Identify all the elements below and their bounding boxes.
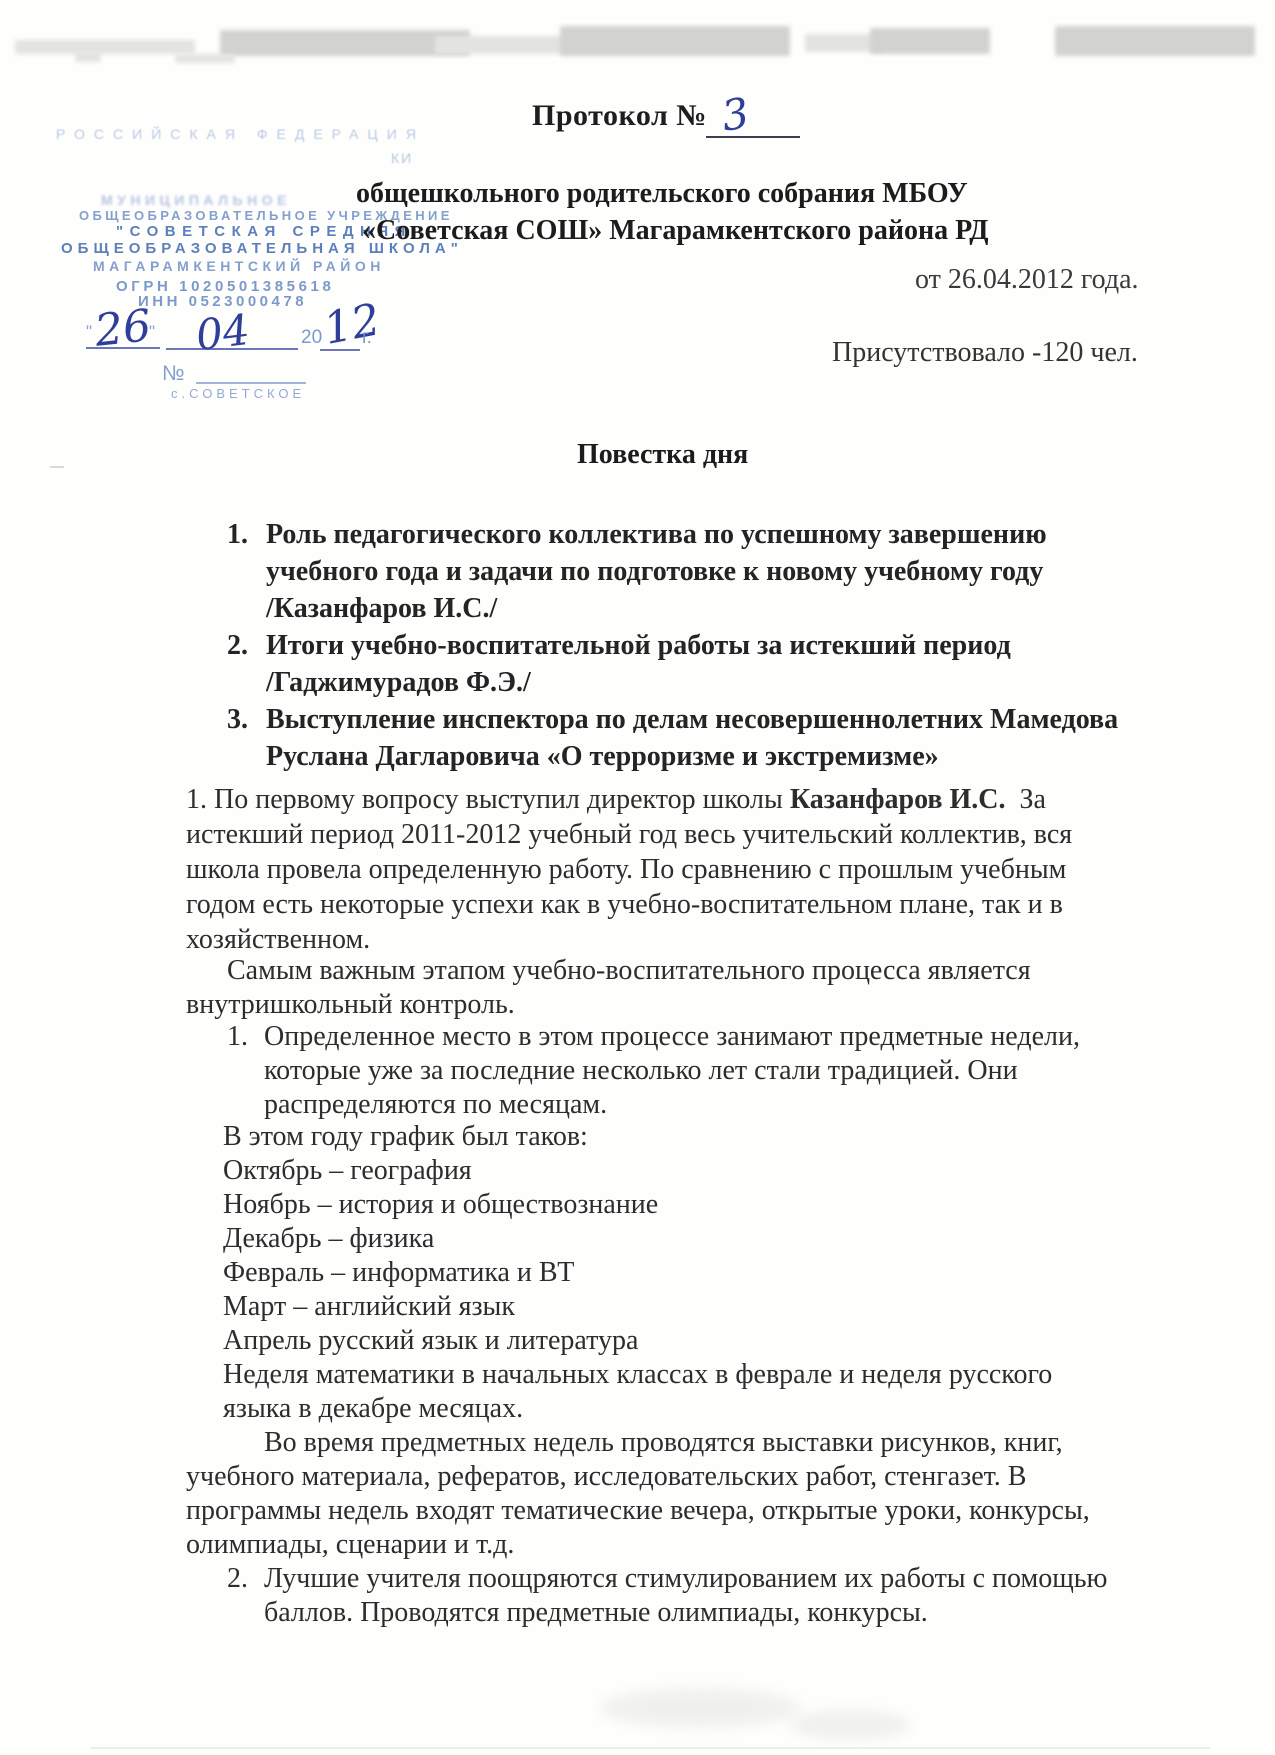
speaker-name-bold: Казанфаров И.С. — [790, 784, 1006, 815]
scan-artifact-dash — [50, 466, 64, 468]
stamp-fragment-line: КИ — [391, 150, 413, 166]
handwritten-protocol-number: 3 — [718, 88, 752, 141]
date-underline-month — [166, 348, 298, 350]
body-paragraph-2: Самым важным этапом учебно-воспитательно… — [186, 954, 1136, 1022]
scan-artifact-smudge — [790, 1710, 910, 1740]
stamp-number-label: № — [162, 362, 185, 386]
agenda-item-number: 1. — [227, 516, 248, 553]
document-subtitle-line1: общешкольного родительского собрания МБО… — [356, 178, 968, 210]
stamp-municipal-line: МУНИЦИПАЛЬНОЕ — [101, 192, 291, 208]
date-underline-day — [86, 347, 160, 349]
protocol-number-underline — [706, 136, 800, 138]
scanned-protocol-page: Протокол № 3 РОССИЙСКАЯ ФЕДЕРАЦИЯ КИ МУН… — [0, 0, 1275, 1755]
subject-weeks-schedule: В этом году график был таков: Октябрь – … — [223, 1120, 1143, 1426]
body-paragraph-3: Во время предметных недель проводятся вы… — [186, 1426, 1136, 1562]
document-subtitle-line2: «Советская СОШ» Магарамкентского района … — [362, 215, 989, 247]
list-item-text: Определенное место в этом процессе заним… — [264, 1020, 1137, 1122]
schedule-intro: В этом году график был таков: — [223, 1120, 1143, 1154]
list-item-number: 2. — [227, 1562, 248, 1596]
body-list-item-2: 2. Лучшие учителя поощряются стимулирова… — [227, 1562, 1137, 1630]
stamp-year-printed: 20 — [301, 327, 322, 349]
agenda-item-text: Роль педагогического коллектива по успеш… — [266, 516, 1127, 627]
protocol-title: Протокол № — [532, 99, 707, 133]
stamp-district-line: МАГАРАМКЕНТСКИЙ РАЙОН — [93, 258, 385, 274]
stamp-settlement-line: с.СОВЕТСКОЕ — [171, 386, 305, 401]
agenda-item-text: Итоги учебно-воспитательной работы за ис… — [266, 627, 1127, 701]
scan-artifact-blob — [560, 26, 790, 56]
agenda-item-text: Выступление инспектора по делам несоверш… — [266, 701, 1127, 775]
agenda-heading: Повестка дня — [577, 439, 748, 471]
agenda-item-number: 2. — [227, 627, 248, 664]
list-item-text: Лучшие учителя поощряются стимулирование… — [264, 1562, 1137, 1630]
body-list-item-1: 1. Определенное место в этом процессе за… — [227, 1020, 1137, 1122]
scan-artifact-mark — [75, 52, 101, 62]
stamp-year-suffix: г. — [362, 327, 372, 349]
schedule-lines: Октябрь – география Ноябрь – история и о… — [223, 1154, 1143, 1426]
agenda-item-3: 3. Выступление инспектора по делам несов… — [227, 701, 1127, 775]
list-item-number: 1. — [227, 1020, 248, 1054]
document-date: от 26.04.2012 года. — [915, 264, 1139, 296]
handwritten-month: 04 — [193, 305, 252, 360]
scan-artifact-blob — [435, 36, 565, 54]
body-paragraph-1: 1. По первому вопросу выступил директор … — [186, 782, 1136, 957]
scan-artifact-blob — [870, 28, 990, 54]
attendance-count: Присутствовало -120 чел. — [832, 337, 1138, 369]
date-underline-year — [320, 349, 360, 351]
scan-artifact-band — [15, 22, 1262, 62]
stamp-number-underline — [196, 382, 306, 384]
stamp-open-quote: " — [86, 322, 92, 342]
scan-artifact-blob — [15, 40, 195, 54]
agenda-item-2: 2. Итоги учебно-воспитательной работы за… — [227, 627, 1127, 701]
stamp-country-line: РОССИЙСКАЯ ФЕДЕРАЦИЯ — [56, 126, 425, 142]
scan-artifact-blob — [1055, 26, 1255, 56]
paragraph-text: 1. По первому вопросу выступил директор … — [186, 784, 790, 815]
handwritten-year: 12 — [320, 294, 385, 355]
scan-artifact-smudge — [600, 1688, 800, 1728]
agenda-item-number: 3. — [227, 701, 248, 738]
scan-artifact-mark — [175, 54, 235, 63]
scan-artifact-bottom-line — [90, 1747, 1210, 1749]
agenda-item-1: 1. Роль педагогического коллектива по ус… — [227, 516, 1127, 627]
stamp-close-quote: " — [149, 322, 155, 342]
scan-artifact-blob — [220, 30, 470, 56]
